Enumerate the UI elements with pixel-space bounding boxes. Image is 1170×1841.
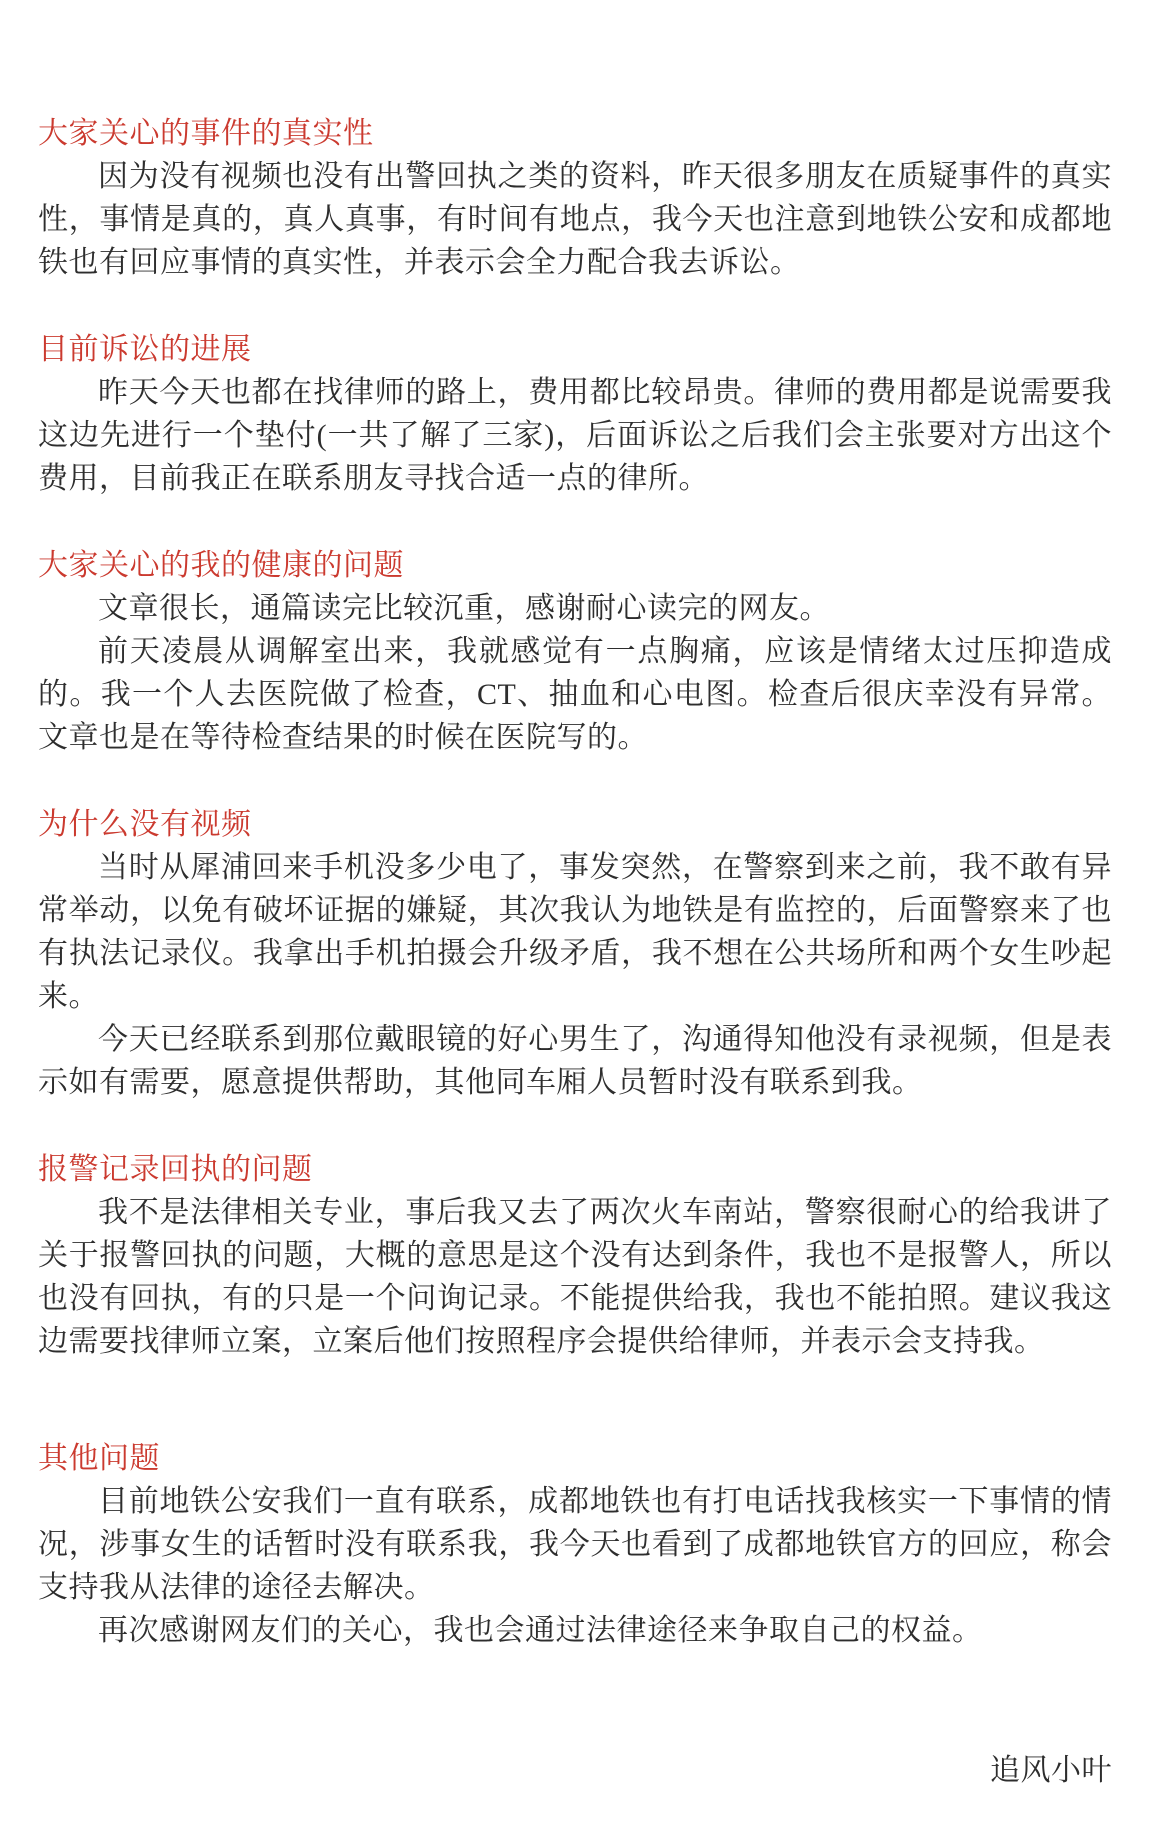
- paragraph: 今天已经联系到那位戴眼镜的好心男生了，沟通得知他没有录视频，但是表示如有需要，愿…: [38, 1018, 1112, 1104]
- section-heading: 大家关心的我的健康的问题: [38, 544, 1112, 587]
- section-police-record-receipt: 报警记录回执的问题 我不是法律相关专业，事后我又去了两次火车南站，警察很耐心的给…: [38, 1148, 1112, 1363]
- section-heading: 其他问题: [38, 1437, 1112, 1480]
- paragraph: 目前地铁公安我们一直有联系，成都地铁也有打电话找我核实一下事情的情况，涉事女生的…: [38, 1480, 1112, 1609]
- article-body: 大家关心的事件的真实性 因为没有视频也没有出警回执之类的资料，昨天很多朋友在质疑…: [38, 112, 1112, 1792]
- paragraph: 因为没有视频也没有出警回执之类的资料，昨天很多朋友在质疑事件的真实性，事情是真的…: [38, 155, 1112, 284]
- paragraph: 再次感谢网友们的关心，我也会通过法律途径来争取自己的权益。: [38, 1609, 1112, 1652]
- section-heading: 为什么没有视频: [38, 803, 1112, 846]
- section-event-authenticity: 大家关心的事件的真实性 因为没有视频也没有出警回执之类的资料，昨天很多朋友在质疑…: [38, 112, 1112, 284]
- section-heading: 报警记录回执的问题: [38, 1148, 1112, 1191]
- paragraph: 前天凌晨从调解室出来，我就感觉有一点胸痛，应该是情绪太过压抑造成的。我一个人去医…: [38, 630, 1112, 759]
- section-other-issues: 其他问题 目前地铁公安我们一直有联系，成都地铁也有打电话找我核实一下事情的情况，…: [38, 1437, 1112, 1652]
- section-why-no-video: 为什么没有视频 当时从犀浦回来手机没多少电了，事发突然，在警察到来之前，我不敢有…: [38, 803, 1112, 1104]
- section-health: 大家关心的我的健康的问题 文章很长，通篇读完比较沉重，感谢耐心读完的网友。 前天…: [38, 544, 1112, 759]
- paragraph: 昨天今天也都在找律师的路上，费用都比较昂贵。律师的费用都是说需要我这边先进行一个…: [38, 371, 1112, 500]
- section-heading: 大家关心的事件的真实性: [38, 112, 1112, 155]
- paragraph: 我不是法律相关专业，事后我又去了两次火车南站，警察很耐心的给我讲了关于报警回执的…: [38, 1191, 1112, 1363]
- document-page: 大家关心的事件的真实性 因为没有视频也没有出警回执之类的资料，昨天很多朋友在质疑…: [0, 0, 1170, 1841]
- section-lawsuit-progress: 目前诉讼的进展 昨天今天也都在找律师的路上，费用都比较昂贵。律师的费用都是说需要…: [38, 328, 1112, 500]
- paragraph: 文章很长，通篇读完比较沉重，感谢耐心读完的网友。: [38, 587, 1112, 630]
- paragraph: 当时从犀浦回来手机没多少电了，事发突然，在警察到来之前，我不敢有异常举动，以免有…: [38, 846, 1112, 1018]
- signature: 追风小叶: [38, 1749, 1112, 1792]
- section-heading: 目前诉讼的进展: [38, 328, 1112, 371]
